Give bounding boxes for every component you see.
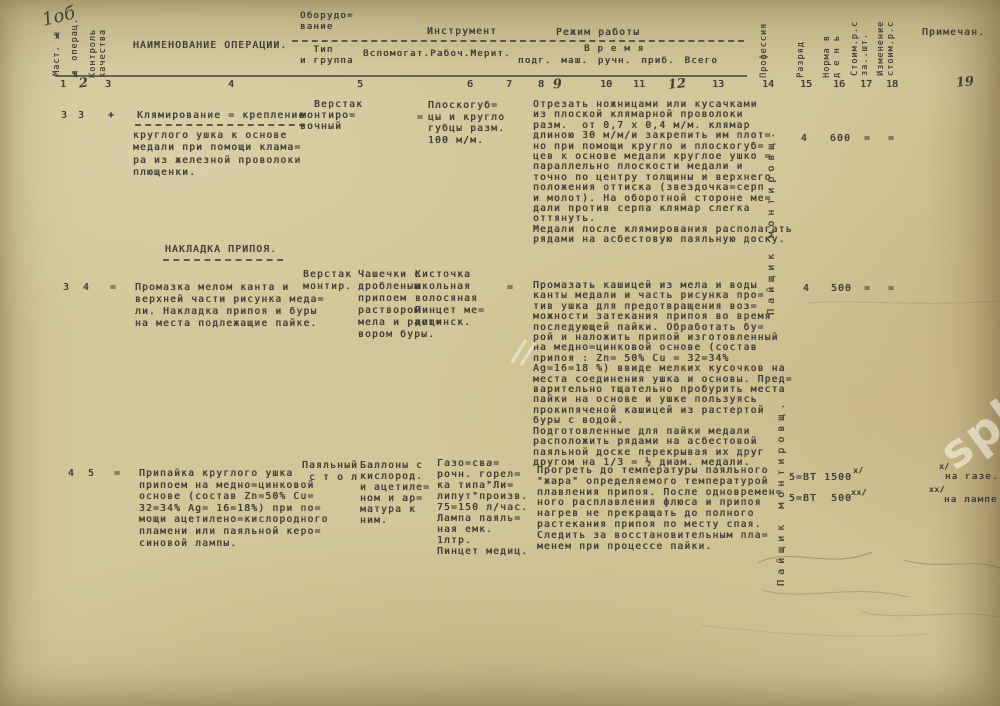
row3-name-body: Припайка круглого ушка припоем на медно=… xyxy=(139,468,329,549)
watermark-text: spb xyxy=(930,378,1000,480)
header-regime-group: Режим работы xyxy=(556,27,640,39)
row2-regime: Промазать кашицей из мела и воды канты м… xyxy=(533,281,793,468)
col-number-handwritten: 2 xyxy=(78,76,89,92)
row2-name-body: Промазка мелом канта и верхней части рис… xyxy=(135,282,325,330)
row3-norma-line1: 5=ВТ 1500 xyxy=(789,472,852,484)
row2-equipment: Верстак монтир. xyxy=(303,269,352,293)
header-time-sub: подг. маш. ручн. приб. Всего xyxy=(518,56,718,68)
header-instrument-group: Инструмент xyxy=(427,26,497,38)
row3-oper: 5 xyxy=(88,468,95,480)
header-col-name: НАИМЕНОВАНИЕ ОПЕРАЦИИ. xyxy=(133,40,287,52)
row1-norma: 600 xyxy=(830,133,851,145)
row1-raboch: Плоскогуб= цы и кругло губцы разм. 100 м… xyxy=(428,100,505,146)
row1-oper: 3 xyxy=(78,110,85,122)
row3-regime: Прогреть до температуры паяльного "жара"… xyxy=(537,466,783,552)
header-equipment-group: Оборудо= вание xyxy=(300,11,354,33)
row2-razryad: 4 xyxy=(803,283,810,295)
col-number: 5 xyxy=(357,79,363,91)
col-number: 10 xyxy=(600,79,612,91)
row1-izmen: = xyxy=(888,133,895,145)
row1-equipment: Верстак монтиро= вочный xyxy=(300,99,363,132)
col-number: 17 xyxy=(860,79,872,91)
section-heading: НАКЛАДКА ПРИПОЯ. xyxy=(165,244,277,256)
col-number: 11 xyxy=(633,79,645,91)
col-number: 13 xyxy=(712,79,724,91)
row3-norma-marker1: х/ xyxy=(853,465,864,477)
header-time-label: В р е м я xyxy=(584,44,644,56)
row2-stoim: = xyxy=(864,283,871,295)
row3-raboch: Газо=сва= рочн. горел= ка типа"Ли= липут… xyxy=(437,458,528,557)
col-number-handwritten: 9 xyxy=(552,77,563,93)
header-col-control: Контроль качества xyxy=(88,8,108,78)
row3-control: = xyxy=(114,468,121,480)
col-number: 15 xyxy=(800,79,812,91)
row1-control: + xyxy=(108,110,115,122)
col-number-handwritten: 12 xyxy=(667,76,687,93)
col-number: 1 xyxy=(60,79,66,91)
header-col-note: Примечан. xyxy=(922,27,985,39)
header-col-profession: Профессия xyxy=(759,12,769,78)
col-number: 8 xyxy=(538,79,544,91)
section-heading-underline xyxy=(163,259,283,261)
header-col-izmen: Изменение стоим.р.с xyxy=(876,4,896,76)
col-number: 18 xyxy=(886,79,898,91)
row2-mast: 3 xyxy=(63,282,70,294)
row1-name-body: круглого ушка к основе медали при помощи… xyxy=(133,130,301,179)
header-col-norma: Норма в д е н ь xyxy=(822,16,842,78)
row3-norma-line2: 5=ВТ 500 xyxy=(789,493,852,505)
row2-oper: 4 xyxy=(83,282,90,294)
col-number: 3 xyxy=(105,79,111,91)
col-number: 6 xyxy=(467,79,473,91)
row2-norma: 500 xyxy=(831,283,852,295)
row1-mast: 3 xyxy=(61,110,68,122)
scanned-document-sheet: 1об Маст. № № операц. Контроль качества … xyxy=(0,0,1000,706)
row3-equipment: Паяльный с т о л xyxy=(302,460,358,483)
col-number: 14 xyxy=(762,79,774,91)
row2-izmen: = xyxy=(888,283,895,295)
header-dashed-rule xyxy=(292,40,744,42)
header-rule xyxy=(55,75,747,77)
row2-merit: = xyxy=(507,282,514,294)
watermark-container: spb xyxy=(926,372,1000,487)
header-col-mast: Маст. № xyxy=(52,12,62,76)
col-number: 4 xyxy=(228,79,234,91)
row1-stoim: = xyxy=(864,133,871,145)
header-col-oper: № операц. xyxy=(70,8,80,78)
header-col-stoim: Стоим.р.с за..шт. xyxy=(850,4,870,76)
row2-control: = xyxy=(110,282,117,294)
header-col-razryad: Разряд xyxy=(796,22,806,78)
row1-vspomogat: = xyxy=(417,112,424,124)
row1-name-title: Клямирование = крепление xyxy=(137,110,305,122)
row3-vspomogat: Баллоны с кислород. и ацетиле= ном и ар=… xyxy=(360,460,430,526)
row1-title-underline xyxy=(135,124,305,126)
row1-razryad: 4 xyxy=(801,133,808,145)
col-number: 16 xyxy=(833,79,845,91)
row3-note-text2: на лампе xyxy=(944,495,998,507)
row3-mast: 4 xyxy=(68,468,75,480)
header-equipment-sub: Тип и группа xyxy=(300,45,354,67)
header-instrument-sub: Вспомогат.Рабоч.Мерит. xyxy=(363,49,511,61)
col-number: 7 xyxy=(506,79,512,91)
col-number-handwritten: 19 xyxy=(955,74,975,91)
row1-regime: Отрезать ножницами или кусачками из плос… xyxy=(533,100,793,246)
row3-norma-marker2: хх/ xyxy=(851,487,867,499)
row2-raboch: Кисточка школьная волосяная Пинцет ме= д… xyxy=(415,269,485,329)
